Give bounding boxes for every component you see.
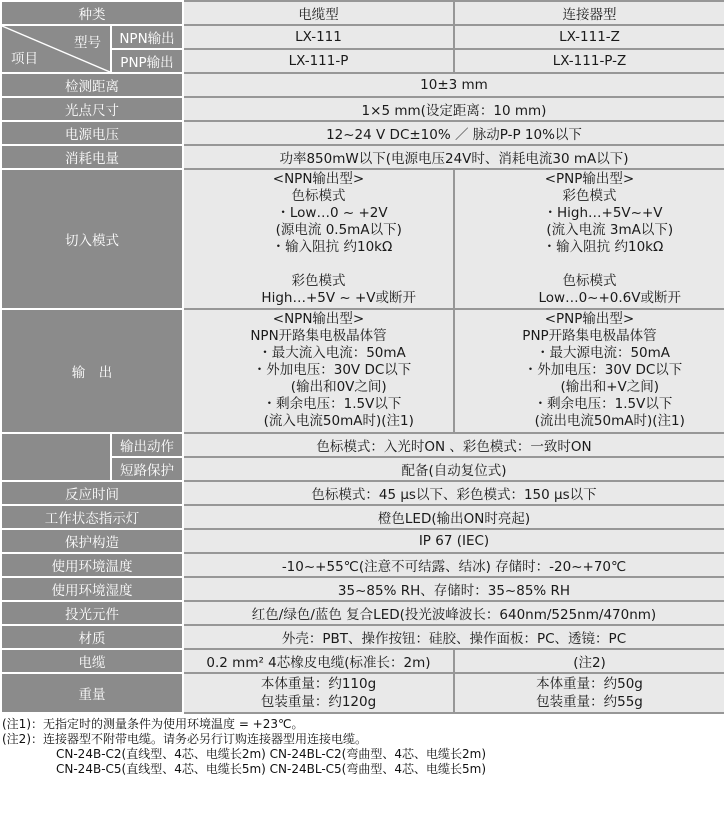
weight-label: 重量	[1, 673, 183, 713]
row-sensing-range: 检测距离 10±3 mm	[1, 73, 724, 97]
row-operation-indicator: 工作状态指示灯 橙色LED(输出ON时亮起)	[1, 505, 724, 529]
row-ambient-humidity: 使用环境湿度 35~85% RH、存储时：35~85% RH	[1, 577, 724, 601]
row-output-operation: 输出动作 色标模式：入光时ON 、彩色模式：一致时ON	[1, 433, 724, 457]
ambient-temperature-value: -10~+55℃(注意不可结露、结冰) 存储时：-20~+70℃	[183, 553, 724, 577]
row-input-mode: 切入模式 <NPN输出型> 色标模式 ・Low…0 ~ +2V (源电流 0.5…	[1, 169, 724, 309]
cable-cable-value: 0.2 mm² 4芯橡皮电缆(标准长：2m)	[183, 649, 454, 673]
row-emitting-element: 投光元件 红色/绿色/蓝色 复合LED(投光波峰波长：640nm/525nm/4…	[1, 601, 724, 625]
ambient-temperature-label: 使用环境温度	[1, 553, 183, 577]
row-weight: 重量 本体重量：约110g 包装重量：约120g 本体重量：约50g 包装重量：…	[1, 673, 724, 713]
emitting-element-label: 投光元件	[1, 601, 183, 625]
model-pnp-cable: LX-111-P	[183, 49, 454, 73]
supply-voltage-label: 电源电压	[1, 121, 183, 145]
short-circuit-label: 短路保护	[111, 457, 183, 481]
output-spacer-cell	[1, 433, 111, 481]
spec-sheet: 种类 电缆型 连接器型 型号 项目 NPN输出 LX-111 LX-111-Z …	[0, 0, 724, 779]
model-npn-cable: LX-111	[183, 25, 454, 49]
footnote-2-cables-2m: CN-24B-C2(直线型、4芯、电缆长2m) CN-24BL-C2(弯曲型、4…	[2, 747, 722, 762]
weight-cable-value: 本体重量：约110g 包装重量：约120g	[183, 673, 454, 713]
supply-voltage-value: 12~24 V DC±10% ／ 脉动P-P 10%以下	[183, 121, 724, 145]
row-model-npn: 型号 项目 NPN输出 LX-111 LX-111-Z	[1, 25, 724, 49]
cable-connector-value: (注2)	[454, 649, 724, 673]
output-operation-value: 色标模式：入光时ON 、彩色模式：一致时ON	[183, 433, 724, 457]
weight-connector-value: 本体重量：约50g 包装重量：约55g	[454, 673, 724, 713]
footnote-2: (注2)：连接器型不附带电缆。请务必另行订购连接器型用连接电缆。	[2, 732, 722, 747]
power-consumption-value: 功率850mW以下(电源电压24V时、消耗电流30 mA以下)	[183, 145, 724, 169]
row-power-consumption: 消耗电量 功率850mW以下(电源电压24V时、消耗电流30 mA以下)	[1, 145, 724, 169]
protection-rating-label: 保护构造	[1, 529, 183, 553]
input-mode-pnp-block: <PNP输出型> 彩色模式 ・High…+5V~+V (流入电流 3mA以下) …	[454, 169, 724, 309]
kind-connector-type: 连接器型	[454, 1, 724, 25]
model-npn-connector: LX-111-Z	[454, 25, 724, 49]
row-ambient-temperature: 使用环境温度 -10~+55℃(注意不可结露、结冰) 存储时：-20~+70℃	[1, 553, 724, 577]
model-pnp-connector: LX-111-P-Z	[454, 49, 724, 73]
kind-label: 种类	[1, 1, 183, 25]
row-spot-size: 光点尺寸 1×5 mm(设定距离：10 mm)	[1, 97, 724, 121]
spot-size-value: 1×5 mm(设定距离：10 mm)	[183, 97, 724, 121]
corner-model-label: 型号	[74, 31, 101, 51]
input-mode-label: 切入模式	[1, 169, 183, 309]
cable-label: 电缆	[1, 649, 183, 673]
footnote-1: (注1)：无指定时的测量条件为使用环境温度 = +23℃。	[2, 717, 722, 732]
output-label: 输 出	[1, 309, 183, 433]
spot-size-label: 光点尺寸	[1, 97, 183, 121]
footnotes: (注1)：无指定时的测量条件为使用环境温度 = +23℃。 (注2)：连接器型不…	[0, 714, 724, 779]
sensing-range-value: 10±3 mm	[183, 73, 724, 97]
operation-indicator-label: 工作状态指示灯	[1, 505, 183, 529]
kind-cable-type: 电缆型	[183, 1, 454, 25]
output-npn-block: <NPN输出型> NPN开路集电极晶体管 ・最大流入电流：50mA ・外加电压：…	[183, 309, 454, 433]
row-response-time: 反应时间 色标模式：45 μs以下、彩色模式：150 μs以下	[1, 481, 724, 505]
material-value: 外壳：PBT、操作按钮：硅胶、操作面板：PC、透镜：PC	[183, 625, 724, 649]
response-time-value: 色标模式：45 μs以下、彩色模式：150 μs以下	[183, 481, 724, 505]
ambient-humidity-label: 使用环境湿度	[1, 577, 183, 601]
emitting-element-value: 红色/绿色/蓝色 复合LED(投光波峰波长：640nm/525nm/470nm)	[183, 601, 724, 625]
material-label: 材质	[1, 625, 183, 649]
row-kind: 种类 电缆型 连接器型	[1, 1, 724, 25]
sensing-range-label: 检测距离	[1, 73, 183, 97]
model-item-corner-cell: 型号 项目	[1, 25, 111, 73]
power-consumption-label: 消耗电量	[1, 145, 183, 169]
corner-item-label: 项目	[11, 47, 38, 67]
spec-table: 种类 电缆型 连接器型 型号 项目 NPN输出 LX-111 LX-111-Z …	[0, 0, 724, 714]
row-material: 材质 外壳：PBT、操作按钮：硅胶、操作面板：PC、透镜：PC	[1, 625, 724, 649]
footnote-2-cables-5m: CN-24B-C5(直线型、4芯、电缆长5m) CN-24BL-C5(弯曲型、4…	[2, 762, 722, 777]
ambient-humidity-value: 35~85% RH、存储时：35~85% RH	[183, 577, 724, 601]
npn-output-label: NPN输出	[111, 25, 183, 49]
protection-rating-value: IP 67 (IEC)	[183, 529, 724, 553]
input-mode-npn-block: <NPN输出型> 色标模式 ・Low…0 ~ +2V (源电流 0.5mA以下)…	[183, 169, 454, 309]
short-circuit-value: 配备(自动复位式)	[183, 457, 724, 481]
output-operation-label: 输出动作	[111, 433, 183, 457]
response-time-label: 反应时间	[1, 481, 183, 505]
row-protection-rating: 保护构造 IP 67 (IEC)	[1, 529, 724, 553]
row-supply-voltage: 电源电压 12~24 V DC±10% ／ 脉动P-P 10%以下	[1, 121, 724, 145]
row-cable: 电缆 0.2 mm² 4芯橡皮电缆(标准长：2m) (注2)	[1, 649, 724, 673]
output-pnp-block: <PNP输出型> PNP开路集电极晶体管 ・最大源电流：50mA ・外加电压：3…	[454, 309, 724, 433]
operation-indicator-value: 橙色LED(输出ON时亮起)	[183, 505, 724, 529]
pnp-output-label: PNP输出	[111, 49, 183, 73]
row-output: 输 出 <NPN输出型> NPN开路集电极晶体管 ・最大流入电流：50mA ・外…	[1, 309, 724, 433]
